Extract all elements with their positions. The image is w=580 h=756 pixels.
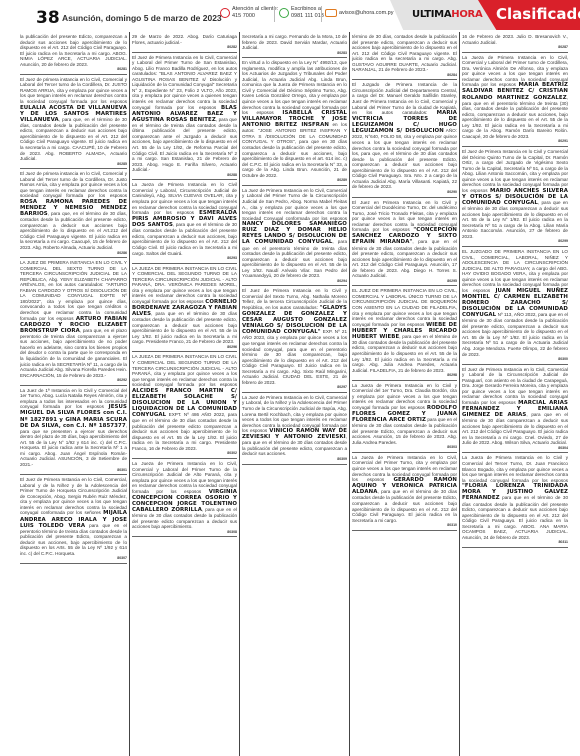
legal-notice: EL JUZGADO DE PRIMERA INSTANCIA EN LO CI… <box>462 247 568 365</box>
notice-code: 80307 <box>20 556 127 562</box>
legal-notice: 29 de Marzo de 2022. Abog. Darío Caturia… <box>132 32 237 53</box>
notice-text: la publicación del presente Edicto, comp… <box>20 34 127 67</box>
notice-code: 80294 <box>242 279 347 285</box>
section-title: Clasificados <box>496 5 580 23</box>
dateline: Asunción, domingo 5 de marzo de 2023 <box>62 13 222 23</box>
whatsapp-icon <box>279 8 289 18</box>
notice-text: 16 de Febrero de 2023. Julio D. Bresanov… <box>462 34 568 45</box>
legal-notice: término de 30 días, contados desde la pu… <box>352 32 457 80</box>
notice-code: 80282 <box>132 45 237 51</box>
notice-tail: en los autos: "JOSE ANTONIO BRITEZ INSFR… <box>242 122 347 177</box>
column-3: Secretaría a mi cargo. Fernando de la Mo… <box>240 32 350 756</box>
legal-notice: La Jueza de Primera Instancia en lo Civi… <box>352 453 457 531</box>
column-5: 16 de Febrero de 2023. Julio D. Bresanov… <box>460 32 570 756</box>
legal-notice: 16 de Febrero de 2023. Julio D. Bresanov… <box>462 32 568 53</box>
notice-code: 80289 <box>242 178 347 184</box>
notice-code: 80287 <box>462 45 568 51</box>
contact-customer-service: Atención al cliente:415 7000 <box>220 6 278 20</box>
notice-code: 80309 <box>242 457 347 463</box>
legal-notice: LA JUEZA DE PRIMERA INSTANCIA EN LO CIVI… <box>132 264 237 353</box>
legal-notice: El Juez de Primera Instancia en lo Civil… <box>462 365 568 454</box>
notice-tail: EXPT. Nº 486 AÑO 2022, para que en el té… <box>132 412 237 451</box>
legal-notice: EL JUEZ DE PRIMERA INSTANCIA EN LO CIVIL… <box>352 286 457 380</box>
notice-code: 80300 <box>462 357 568 363</box>
notice-text: El Juez de primera instancia en lo Civil… <box>20 77 127 104</box>
legal-notice: En virtud a lo dispuesto en la Ley N° 49… <box>242 58 347 186</box>
notice-code: 80292 <box>20 378 127 384</box>
notice-tail: , para que en el término de 30 días cont… <box>352 239 457 278</box>
classifieds-columns: la publicación del presente Edicto, comp… <box>20 32 578 756</box>
notice-text: El Juez de primera instancia en lo Civil… <box>20 171 127 198</box>
notice-text: El Juez de Primera Instancia en lo Civil… <box>132 55 237 110</box>
notice-code: 80281 <box>20 67 127 73</box>
notice-tail: , para que en el término de 30 días cont… <box>352 334 457 373</box>
legal-notice: El Juez de primera instancia en lo Civil… <box>20 75 127 169</box>
notice-code: 80285 <box>20 162 127 168</box>
notice-tail: , para que en el término de treinta días… <box>132 117 237 172</box>
legal-notice: La Jueza de Primera Instancia en lo Civi… <box>462 453 568 547</box>
legal-notice: La Juez de 1ª Instancia en lo Civil y Co… <box>20 386 127 475</box>
notice-tail: , para que, en el plazo perentorio de tr… <box>20 328 127 378</box>
brand-logo: ULTIMAHORA <box>412 9 482 20</box>
notice-code: 80302 <box>132 451 237 457</box>
notice-tail: , para que, en el término de 30 días, co… <box>20 211 127 250</box>
phone-icon <box>220 8 230 18</box>
notice-code: 80283 <box>242 51 347 57</box>
contact-email-value[interactable]: avisos@uhora.com.py <box>339 10 394 17</box>
legal-notice: La Jueza de Primera Instancia en lo Civi… <box>132 459 237 537</box>
notice-text: LA JUEZA DE PRIMERA INSTANCIA EN LO CIVI… <box>132 354 237 387</box>
notice-tail: EXP. Nº 21 AÑO 2023, cita y emplaza por … <box>242 329 347 384</box>
notice-text: La Juez de Primera Instancia en lo Civil… <box>242 188 347 221</box>
page-number: 38 <box>36 8 60 28</box>
notice-text: En virtud a lo dispuesto en la Ley N° 49… <box>242 60 347 115</box>
notice-tail: , para que en el perentorio término de t… <box>242 239 347 278</box>
legal-notice: Secretaría a mi cargo. Fernando de la Mo… <box>242 32 347 58</box>
notice-code: 80290 <box>352 190 457 196</box>
legal-notice: La Juez de Primera Instancia en lo Civil… <box>242 393 347 465</box>
logo-hora: HORA <box>451 9 482 20</box>
legal-notice: El Juzgado de Primera Instancia de la Ci… <box>352 80 457 197</box>
contact-label: Escribinos al <box>291 6 322 12</box>
notice-text: 29 de Marzo de 2022. Abog. Darío Caturia… <box>132 34 237 45</box>
notice-tail: , para que en el perentorio término de t… <box>462 95 568 139</box>
legal-notice: la publicación del presente Edicto, comp… <box>20 32 127 75</box>
notice-text: LA JUEZ DE PRIMERA INSTANCIA EN LO CIVIL… <box>20 260 127 320</box>
logo-ultima: ULTIMA <box>412 9 451 20</box>
notice-tail: Nº 113, AÑO 2022, para que en el término… <box>462 312 568 356</box>
notice-code: 80301 <box>20 468 127 474</box>
notice-text: Secretaría a mi cargo. Fernando de la Mo… <box>242 34 347 50</box>
notice-code: 80286 <box>20 251 127 257</box>
legal-notice: El Juez de primera instancia en lo Civil… <box>20 169 127 258</box>
page-header: 38 Asunción, domingo 5 de marzo de 2023 … <box>0 0 580 30</box>
brand-banner: ULTIMAHORA Clasificados <box>390 0 580 30</box>
notice-text: El Juez de Primera Instancia en lo Civil… <box>462 149 568 193</box>
legal-notice: La Jueza de Primera Instancia en lo Civi… <box>462 53 568 147</box>
notice-code: 80295 <box>352 279 457 285</box>
legal-notice: La Jueza de Primera Instancia en lo Civi… <box>132 180 237 263</box>
contact-label: Atención al cliente: <box>232 6 278 12</box>
legal-notice: LA JUEZ DE PRIMERA INSTANCIA EN LO CIVIL… <box>20 258 127 386</box>
legal-notice: La Jueza de Primera Instancia en lo Civi… <box>352 381 457 453</box>
notice-code: 80297 <box>242 385 347 391</box>
contact-email[interactable]: avisos@uhora.com.py <box>325 9 394 17</box>
divider <box>321 6 322 22</box>
notice-code: 80299 <box>462 239 568 245</box>
notice-tail: , para que en el término de 30 días comp… <box>462 200 568 239</box>
notice-code: 80293 <box>132 256 237 262</box>
notice-tail: , para que se presenten a ejercer sus de… <box>20 423 127 467</box>
legal-notice: El Juez de Primera Instancia en lo Civil… <box>20 475 127 564</box>
column-2: 29 de Marzo de 2022. Abog. Darío Caturia… <box>130 32 240 756</box>
column-1: la publicación del presente Edicto, comp… <box>20 32 130 756</box>
notice-tail: AÑO: 2022, N°640, FOLIO 58, cita y empla… <box>352 128 457 189</box>
column-4: término de 30 días, contados desde la pu… <box>350 32 460 756</box>
legal-notice: El Juez de Primera Instancia en lo Civil… <box>462 147 568 247</box>
legal-notice: El Juez en Primera Instancia en lo Civil… <box>352 198 457 287</box>
notice-text: La Jueza de Primera Instancia en lo Civi… <box>462 455 568 482</box>
contact-whatsapp: Escribinos al0981 111 013 <box>279 6 324 20</box>
contact-value: 415 7000 <box>232 13 255 19</box>
notice-text: EL JUZGADO DE PRIMERA INSTANCIA EN LO CI… <box>462 249 568 293</box>
notice-code: 80303 <box>352 445 457 451</box>
notice-tail: para que en el término de 30 días contad… <box>462 495 568 539</box>
notice-code: 80310 <box>352 523 457 529</box>
mail-icon <box>325 9 337 17</box>
notice-code: 80304 <box>462 446 568 452</box>
legal-notice: LA JUEZA DE PRIMERA INSTANCIA EN LO CIVI… <box>132 352 237 459</box>
legal-notice: La Juez de Primera Instancia en lo Civil… <box>242 186 347 286</box>
notice-code: 80308 <box>132 530 237 536</box>
divider <box>274 6 275 22</box>
notice-code: 80296 <box>132 345 237 351</box>
legal-notice: El Juez de Primera Instancia en lo Civil… <box>132 53 237 181</box>
notice-code: 80291 <box>462 139 568 145</box>
legal-notice: El Juez de Primera Instancia en lo Civil… <box>242 286 347 393</box>
notice-text: término de 30 días, contados desde la pu… <box>352 34 457 72</box>
notice-tail: , para que, en el término de 30 días, co… <box>20 117 127 161</box>
notice-code: 80298 <box>352 373 457 379</box>
notice-code: 80284 <box>352 73 457 79</box>
notice-code: 80311 <box>462 540 568 546</box>
notice-code: 80288 <box>132 173 237 179</box>
contact-value: 0981 111 013 <box>291 13 324 19</box>
